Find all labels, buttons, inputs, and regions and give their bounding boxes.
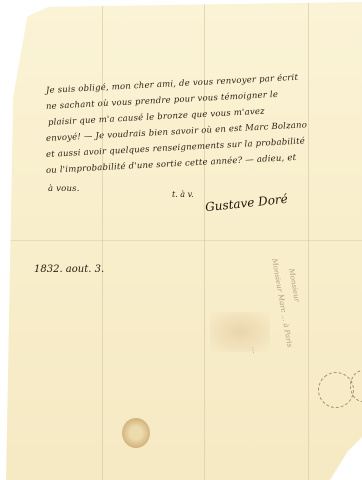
date-annotation: 1832. aout. 3. [34, 264, 104, 275]
address-line: ... [250, 346, 259, 354]
letter-line: à vous. [48, 184, 80, 194]
closing: t. à v. [172, 190, 194, 199]
letter-paper [6, 2, 362, 480]
fold-line [308, 2, 309, 480]
fold-line [102, 2, 103, 480]
wax-seal-icon [122, 418, 150, 448]
ink-stain [210, 312, 270, 352]
fold-line [204, 2, 205, 480]
fold-line [6, 240, 362, 241]
